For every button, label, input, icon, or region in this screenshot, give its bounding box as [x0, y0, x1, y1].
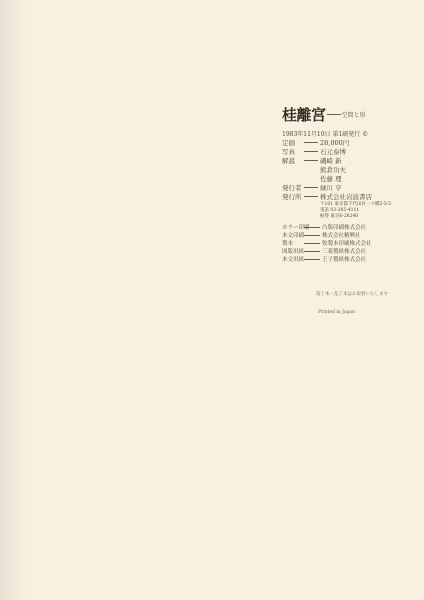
- printer-label: 製本: [282, 239, 304, 247]
- page-gutter-shadow: [0, 0, 28, 600]
- entry-price: 定価 28,000円: [282, 138, 422, 147]
- printer-value: 三菱製紙株式会社: [322, 247, 366, 255]
- leader-dash: [304, 259, 320, 260]
- entry-label: 定価: [282, 138, 304, 147]
- leader-dash: [304, 243, 320, 244]
- colophon: 桂離宮 空間と形 1983年11月10日 第1刷発行 © 定価 28,000円 …: [282, 104, 422, 263]
- printer-label: 図版用紙: [282, 247, 304, 255]
- leader-dash: [304, 151, 318, 152]
- printer-entry: 製本 牧製本印刷株式会社: [282, 239, 422, 247]
- printer-label: 本文印刷: [282, 231, 304, 239]
- title-dash: [327, 114, 341, 115]
- book-title: 桂離宮: [282, 104, 326, 125]
- commentary-author-3: 佐藤 理: [282, 174, 422, 183]
- commentary-author-2: 熊倉功夫: [282, 165, 422, 174]
- entry-value: 28,000円: [320, 138, 349, 147]
- entry-value: 緑川 亨: [320, 183, 342, 192]
- leader-dash: [304, 187, 318, 188]
- entry-value: 磯崎 新: [320, 156, 342, 165]
- entry-label: 解説: [282, 156, 304, 165]
- printer-entry: 本文印刷 株式会社精興社: [282, 231, 422, 239]
- entry-commentary: 解説 磯崎 新: [282, 156, 422, 165]
- printer-entry: 本文用紙 王子製紙株式会社: [282, 255, 422, 263]
- printer-entry: カラー印刷 凸版印刷株式会社: [282, 223, 422, 231]
- entry-publisher: 発行所 株式会社岩波書店: [282, 192, 422, 201]
- entry-label: 写真: [282, 147, 304, 156]
- printer-label: 本文用紙: [282, 255, 304, 263]
- book-subtitle: 空間と形: [342, 110, 366, 119]
- entry-value: 石元泰博: [320, 147, 346, 156]
- entry-photo: 写真 石元泰博: [282, 147, 422, 156]
- leader-dash: [304, 196, 318, 197]
- entry-label: 発行所: [282, 192, 304, 201]
- leader-dash: [304, 251, 320, 252]
- entry-value: 株式会社岩波書店: [320, 192, 372, 201]
- replacement-note: 落丁本・乱丁本はお取替いたします: [316, 291, 388, 297]
- leader-dash: [304, 227, 320, 228]
- title-row: 桂離宮 空間と形: [282, 104, 422, 124]
- printer-value: 王子製紙株式会社: [322, 255, 366, 263]
- leader-dash: [304, 235, 320, 236]
- leader-dash: [304, 160, 318, 161]
- entry-publisher-person: 発行者 緑川 亨: [282, 183, 422, 192]
- publication-date: 1983年11月10日 第1刷発行 ©: [282, 129, 422, 138]
- leader-dash: [304, 142, 318, 143]
- printer-value: 株式会社精興社: [322, 231, 361, 239]
- printer-label: カラー印刷: [282, 223, 304, 231]
- printers-list: カラー印刷 凸版印刷株式会社 本文印刷 株式会社精興社 製本 牧製本印刷株式会社…: [282, 223, 422, 263]
- printer-value: 凸版印刷株式会社: [322, 223, 366, 231]
- entry-label: 発行者: [282, 183, 304, 192]
- printed-in-japan: Printed in Japan: [318, 310, 355, 315]
- printer-value: 牧製本印刷株式会社: [322, 239, 372, 247]
- printer-entry: 図版用紙 三菱製紙株式会社: [282, 247, 422, 255]
